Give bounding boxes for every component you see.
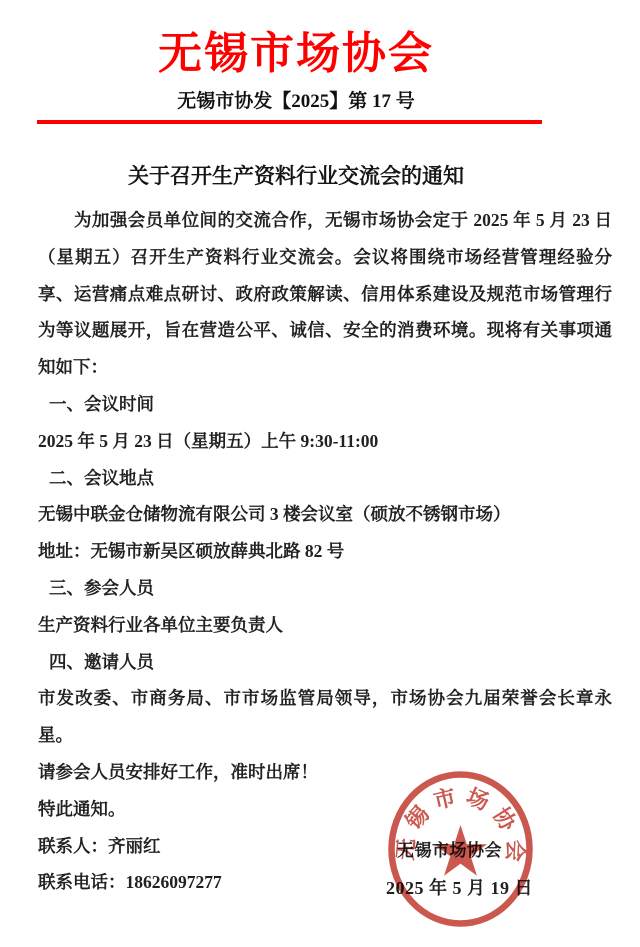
document-page: 无锡市场协会 无锡市协发【2025】第 17 号 关于召开生产资料行业交流会的通… xyxy=(0,0,640,947)
intro-paragraph: 为加强会员单位间的交流合作，无锡市场协会定于 2025 年 5 月 23 日（星… xyxy=(38,202,612,386)
org-title: 无锡市场协会 xyxy=(37,28,555,80)
section-4-heading: 四、邀请人员 xyxy=(38,644,612,681)
invitees-value: 市发改委、市商务局、市市场监管局领导，市场协会九届荣誉会长章永星。 xyxy=(38,680,612,754)
section-3-heading: 三、参会人员 xyxy=(38,570,612,607)
official-seal: 无锡市场协会 xyxy=(388,771,533,927)
attendees-value: 生产资料行业各单位主要负责人 xyxy=(38,607,612,644)
section-2-heading: 二、会议地点 xyxy=(38,460,612,497)
seal-star-icon xyxy=(434,825,487,876)
doc-number: 无锡市协发【2025】第 17 号 xyxy=(37,89,555,115)
section-1-heading: 一、会议时间 xyxy=(38,386,612,423)
meeting-address-value: 地址：无锡市新吴区硕放薛典北路 82 号 xyxy=(38,533,612,570)
notice-title: 关于召开生产资料行业交流会的通知 xyxy=(37,162,555,192)
red-divider-line xyxy=(37,120,542,124)
meeting-venue-value: 无锡中联金仓储物流有限公司 3 楼会议室（硕放不锈钢市场） xyxy=(38,496,612,533)
meeting-time-value: 2025 年 5 月 23 日（星期五）上午 9:30-11:00 xyxy=(38,423,612,460)
